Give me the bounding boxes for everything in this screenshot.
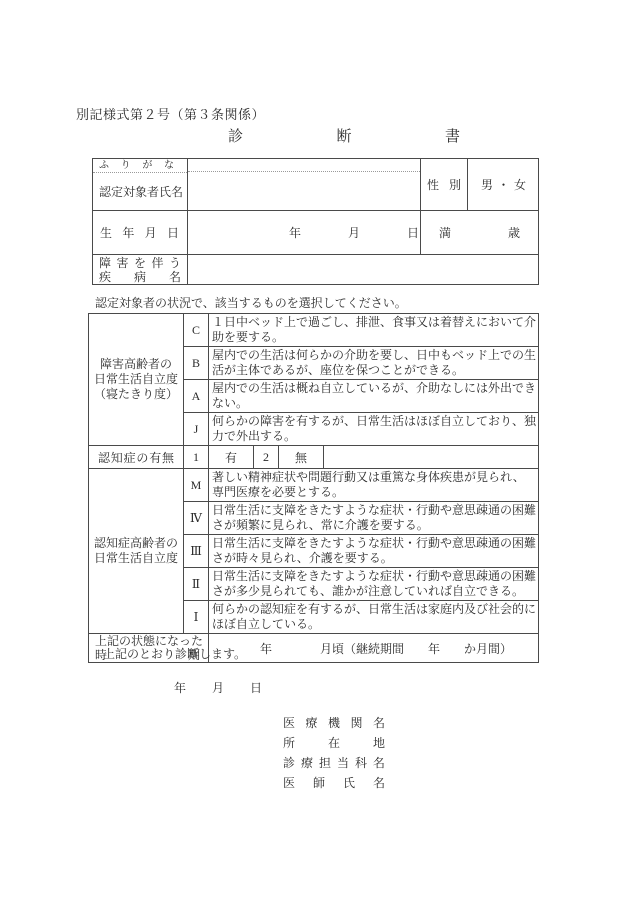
grade-option-III[interactable]: Ⅲ	[184, 535, 209, 568]
diagnosis-statement: 上記のとおり診断します。	[103, 645, 246, 662]
grade-option-B[interactable]: B	[184, 347, 209, 380]
name-label-cell: ふりがな 認定対象者氏名	[93, 159, 188, 211]
dementia-presence-label-cell: 認知症の有無	[89, 446, 184, 469]
selection-instruction: 認定対象者の状況で、該当するものを選択してください。	[95, 294, 407, 311]
birthdate-input-cell[interactable]: 年月日	[188, 211, 421, 255]
department-label: 診療担当科名	[283, 757, 385, 769]
name-label: 認定対象者氏名	[93, 173, 187, 210]
diagnosis-date-input[interactable]: 年月日	[174, 679, 262, 696]
grade-desc-II: 日常生活に支障をきたすような症状・行動や意思疎通の困難さが多少見られても、誰かが…	[209, 568, 539, 601]
grade-desc-A: 屋内での生活は概ね自立しているが、介助なしには外出できない。	[209, 380, 539, 413]
presence-num-1: 1	[184, 446, 209, 469]
sex-options[interactable]: 男・女	[469, 176, 537, 193]
grade-desc-III: 日常生活に支障をきたすような症状・行動や意思疎通の困難さが時々見られ、介護を要す…	[209, 535, 539, 568]
address-label: 所在地	[283, 737, 385, 749]
grade-desc-I: 何らかの認知症を有するが、日常生活は家庭内及び社会的にほぼ自立している。	[209, 601, 539, 634]
disease-label-line2: 疾病名	[99, 270, 181, 284]
grade-option-IV[interactable]: Ⅳ	[184, 502, 209, 535]
grade-option-M[interactable]: M	[184, 469, 209, 502]
form-number: 別記様式第２号（第３条関係）	[76, 104, 265, 123]
grade-desc-J: 何らかの障害を有するが、日常生活はほぼ自立しており、独力で外出する。	[209, 413, 539, 446]
birthdate-units: 年月日	[289, 224, 419, 241]
disease-label-line1: 障害を伴う	[99, 256, 181, 270]
patient-info-table: ふりがな 認定対象者氏名 性別 男・女 生年月日 年月日 満歳 障害を伴う 疾病…	[92, 158, 539, 285]
disease-input[interactable]	[188, 255, 539, 285]
name-value-cell	[188, 159, 421, 211]
sex-label-cell: 性別	[421, 159, 468, 211]
grade-desc-M: 著しい精神症状や問題行動又は重篤な身体疾患が見られ、専門医療を必要とする。	[209, 469, 539, 502]
grade-desc-IV: 日常生活に支障をきたすような症状・行動や意思疎通の困難さが頻繁に見られ、常に介護…	[209, 502, 539, 535]
furigana-label: ふりがな	[93, 159, 187, 173]
onset-date-input[interactable]: 年 月頃（継続期間 年 か月間）	[209, 634, 539, 663]
presence-option-no[interactable]: 無	[279, 446, 324, 469]
grade-option-J[interactable]: J	[184, 413, 209, 446]
age-input-cell[interactable]: 満歳	[421, 211, 539, 255]
grade-option-I[interactable]: Ⅰ	[184, 601, 209, 634]
signature-block: 医療機関名 所在地 診療担当科名 医師氏名	[283, 717, 385, 797]
grade-desc-C: １日中ベッド上で過ごし、排泄、食事又は着替えにおいて介助を要する。	[209, 314, 539, 347]
bedridden-label: 障害高齢者の 日常生活自立度 （寝たきり度）	[89, 314, 184, 446]
grade-option-II[interactable]: Ⅱ	[184, 568, 209, 601]
disease-label-cell: 障害を伴う 疾病名	[93, 255, 188, 285]
furigana-input[interactable]	[188, 159, 420, 172]
sex-options-cell[interactable]: 男・女	[468, 159, 539, 211]
birthdate-label: 生年月日	[94, 224, 186, 241]
presence-option-yes[interactable]: 有	[209, 446, 254, 469]
birthdate-label-cell: 生年月日	[93, 211, 188, 255]
age-units: 満歳	[422, 224, 537, 241]
sex-label: 性別	[422, 176, 466, 193]
presence-num-2: 2	[254, 446, 279, 469]
medical-institution-label: 医療機関名	[283, 717, 385, 729]
doctor-name-label: 医師氏名	[283, 777, 385, 789]
dementia-level-label: 認知症高齢者の 日常生活自立度	[89, 469, 184, 634]
name-input[interactable]	[188, 172, 420, 209]
grade-desc-B: 屋内での生活は何らかの介助を要し、日中もベッド上での生活が主体であるが、座位を保…	[209, 347, 539, 380]
dementia-presence-label: 認知症の有無	[90, 449, 182, 466]
presence-blank-cell	[324, 446, 539, 469]
page-title: 診断書	[228, 125, 460, 146]
grade-option-A[interactable]: A	[184, 380, 209, 413]
assessment-table: 障害高齢者の 日常生活自立度 （寝たきり度） C １日中ベッド上で過ごし、排泄、…	[88, 313, 539, 663]
grade-option-C[interactable]: C	[184, 314, 209, 347]
